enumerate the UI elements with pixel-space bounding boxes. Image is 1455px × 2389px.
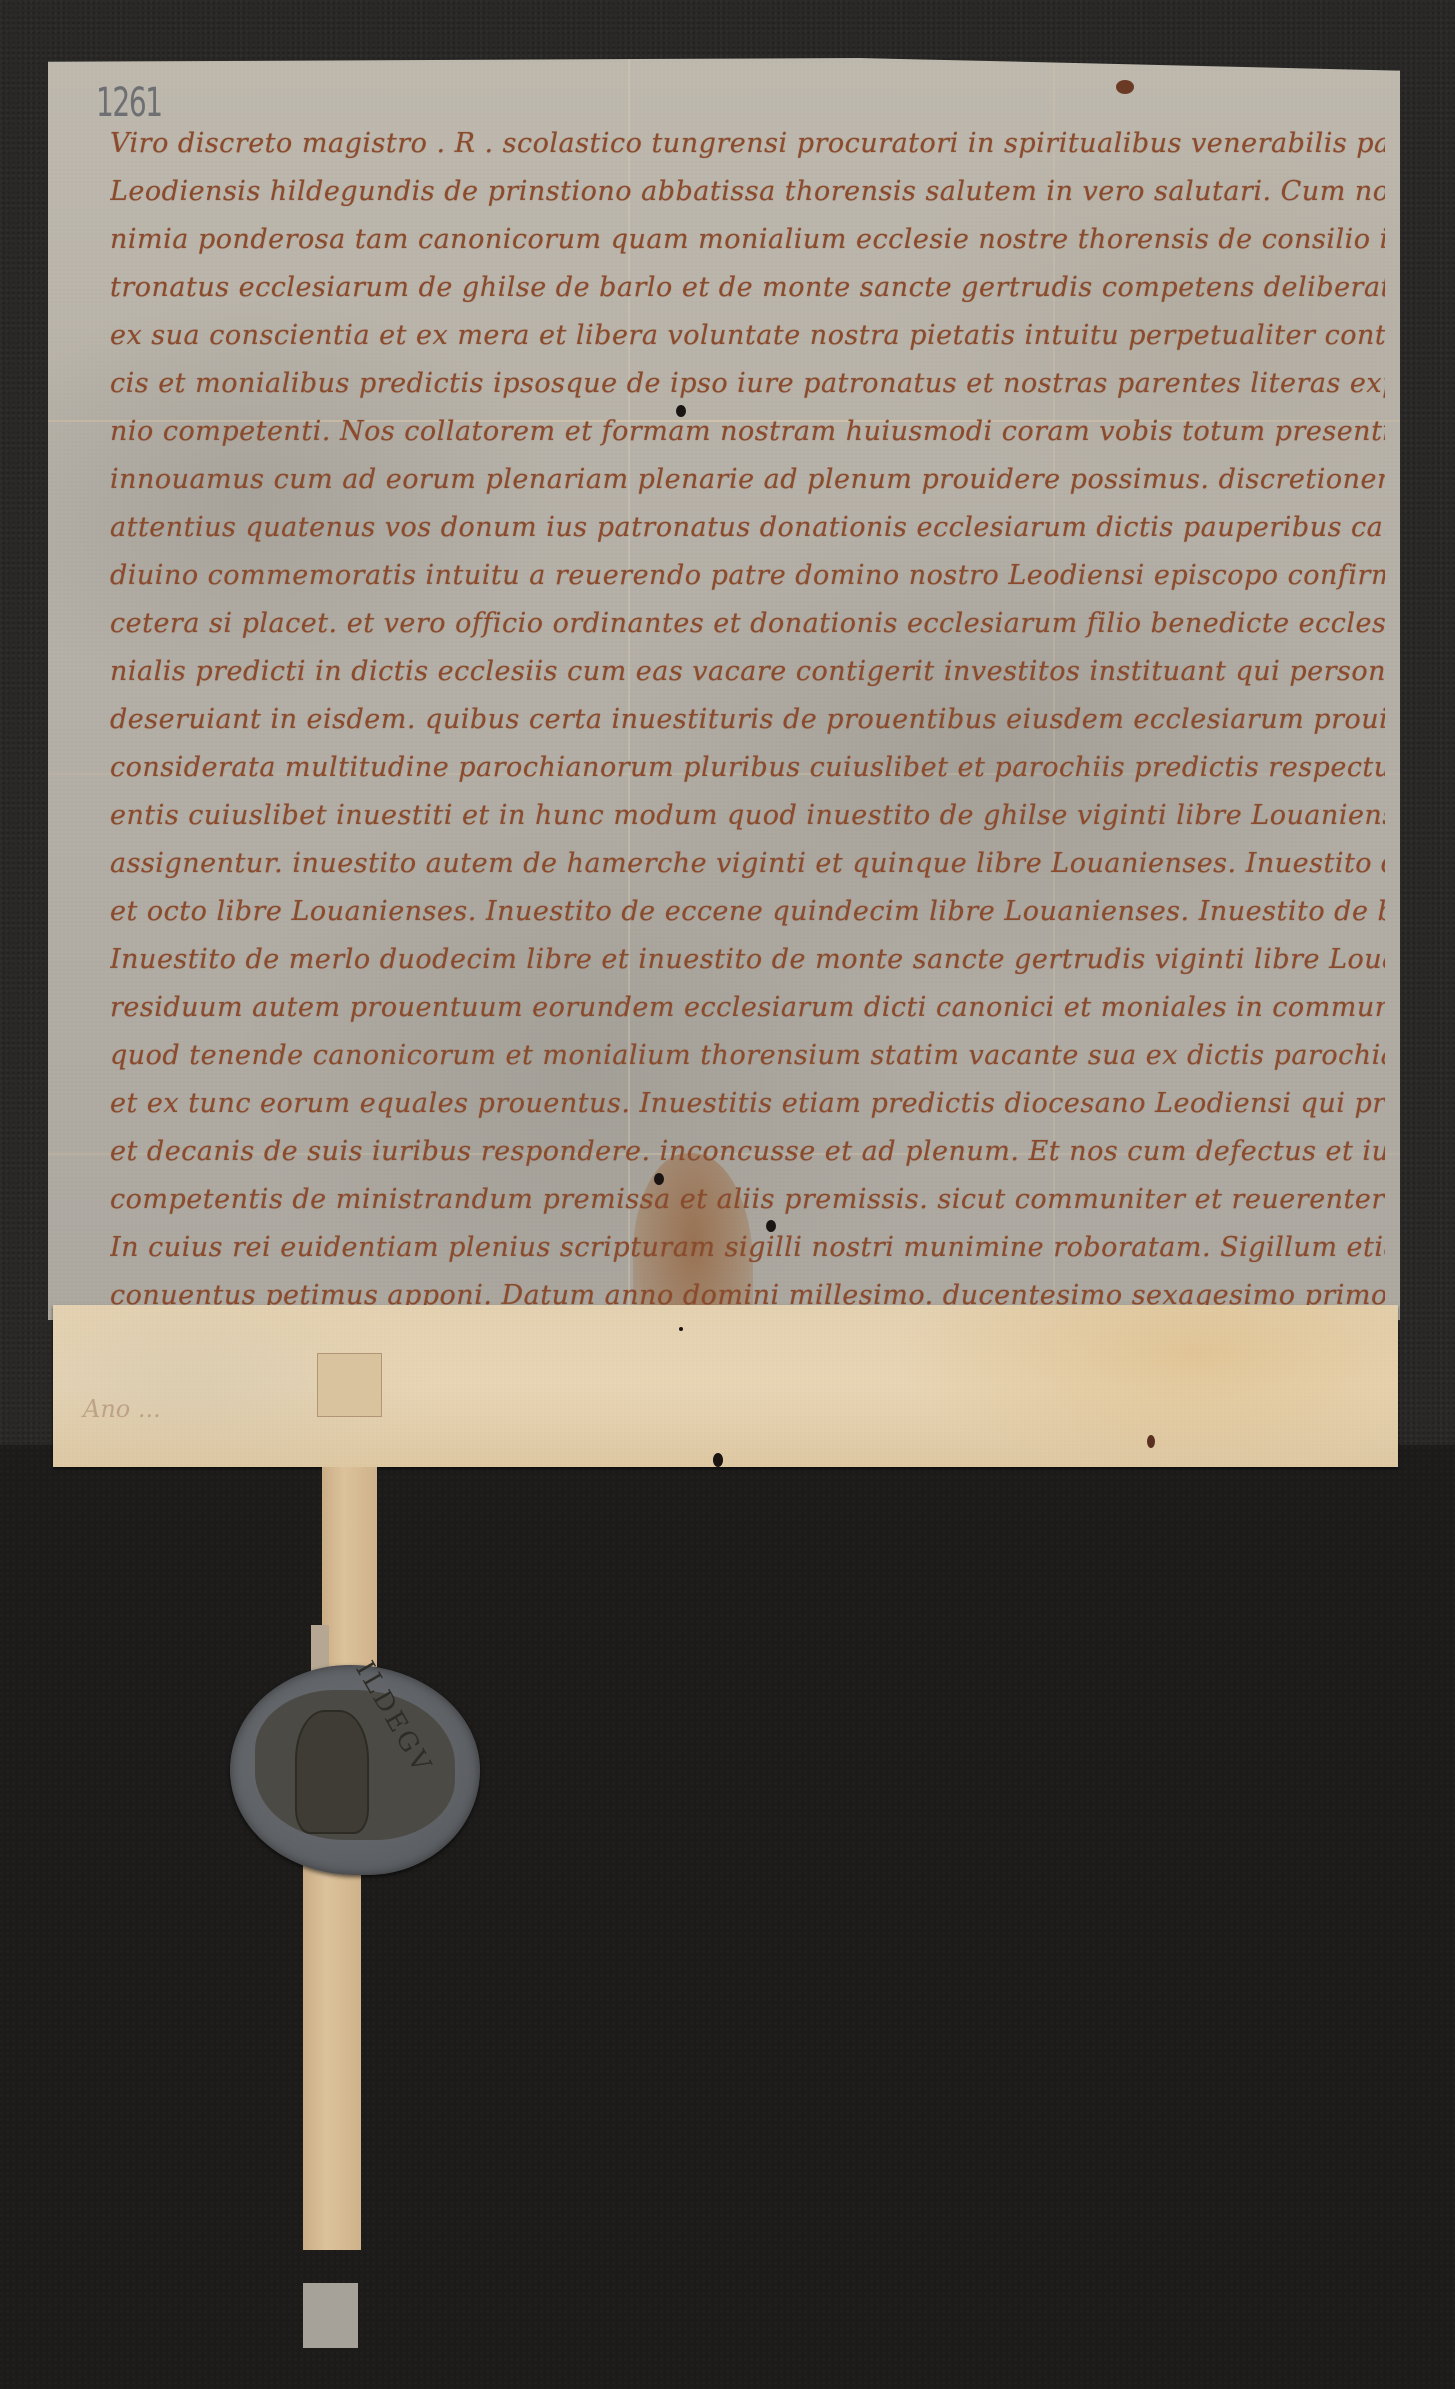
wax-seal: ILDEGV (230, 1665, 480, 1875)
worm-hole (1147, 1435, 1155, 1448)
text-line: attentius quatenus vos donum ius patrona… (110, 504, 1385, 552)
charter-text: Viro discreto magistro . R . scolastico … (110, 120, 1385, 1368)
seal-tag-upper (322, 1467, 377, 1667)
seal-tag-slit (317, 1353, 382, 1417)
mount-background-lower (0, 1445, 1455, 2389)
text-line: et ex tunc eorum equales prouentus. Inue… (110, 1080, 1385, 1128)
text-line: Leodiensis hildegundis de prinstiono abb… (110, 168, 1385, 216)
worm-hole (679, 1327, 683, 1331)
text-line: residuum autem prouentuum eorundem eccle… (110, 984, 1385, 1032)
seal-tag-end (303, 2283, 358, 2348)
text-line: ex sua conscientia et ex mera et libera … (110, 312, 1385, 360)
text-line: nialis predicti in dictis ecclesiis cum … (110, 648, 1385, 696)
text-line: diuino commemoratis intuitu a reuerendo … (110, 552, 1385, 600)
text-line: In cuius rei euidentiam plenius scriptur… (110, 1224, 1385, 1272)
text-line: innouamus cum ad eorum plenariam plenari… (110, 456, 1385, 504)
text-line: assignentur. inuestito autem de hamerche… (110, 840, 1385, 888)
text-line: cis et monialibus predictis ipsosque de … (110, 360, 1385, 408)
text-line: nio competenti. Nos collatorem et formam… (110, 408, 1385, 456)
text-line: considerata multitudine parochianorum pl… (110, 744, 1385, 792)
seal-figure-abbess-icon (295, 1710, 369, 1834)
text-line: competentis de ministrandum premissa et … (110, 1176, 1385, 1224)
pencil-annotation: Ano ... (83, 1395, 161, 1423)
text-line: entis cuiuslibet inuestiti et in hunc mo… (110, 792, 1385, 840)
text-line: et decanis de suis iuribus respondere. i… (110, 1128, 1385, 1176)
text-line: nimia ponderosa tam canonicorum quam mon… (110, 216, 1385, 264)
text-line: et octo libre Louanienses. Inuestito de … (110, 888, 1385, 936)
text-line: cetera si placet. et vero officio ordina… (110, 600, 1385, 648)
seal-tag-lower (303, 1850, 361, 2250)
charter-parchment: 1261 Viro discreto magistro . R . scolas… (48, 58, 1400, 1320)
text-line: quod tenende canonicorum et monialium th… (110, 1032, 1385, 1080)
worm-hole (713, 1453, 723, 1467)
text-line: Inuestito de merlo duodecim libre et inu… (110, 936, 1385, 984)
text-line: tronatus ecclesiarum de ghilse de barlo … (110, 264, 1385, 312)
plica-fold: Ano ... (53, 1305, 1398, 1467)
ink-blot (1116, 80, 1134, 94)
text-line: deseruiant in eisdem. quibus certa inues… (110, 696, 1385, 744)
text-line: Viro discreto magistro . R . scolastico … (110, 120, 1385, 168)
